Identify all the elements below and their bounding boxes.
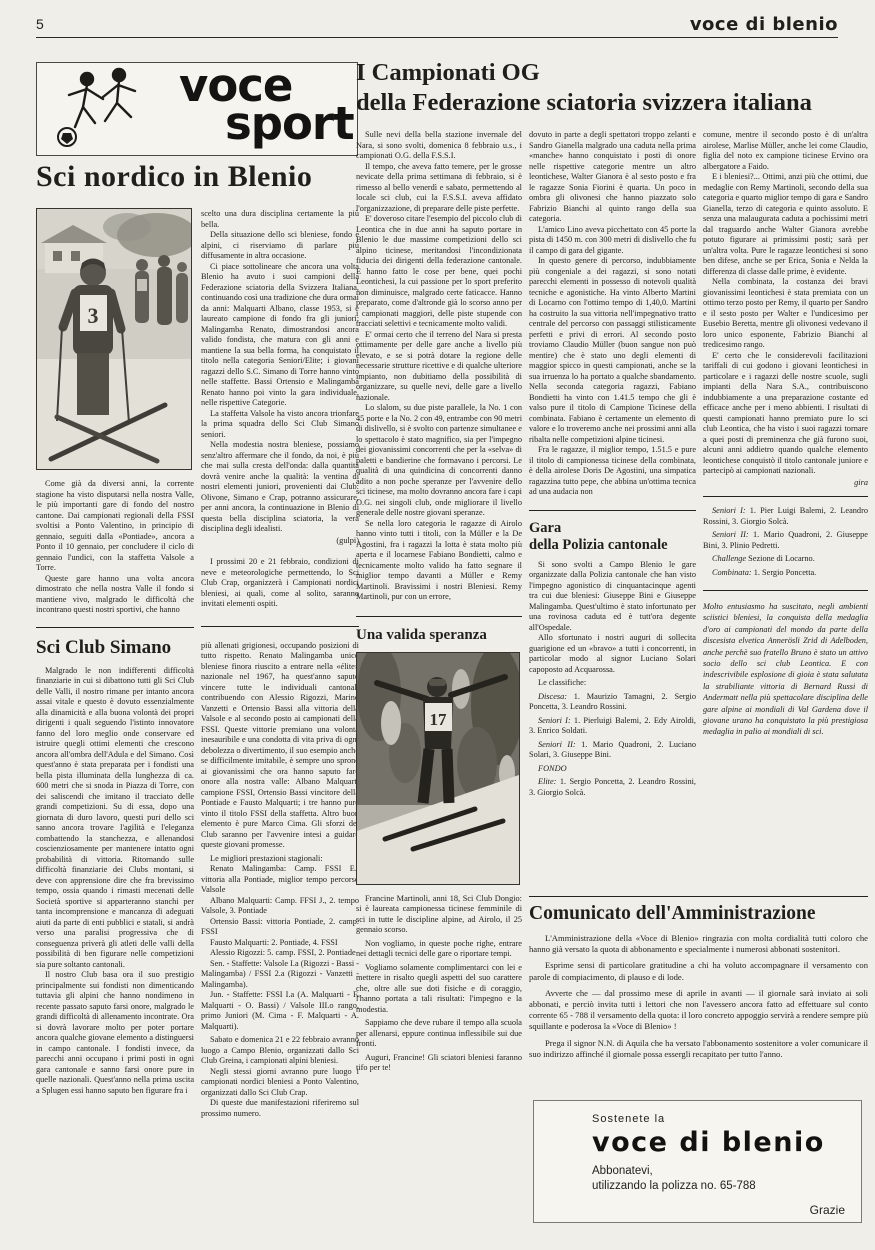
column-campionati-3: comune, mentre il secondo posto è di un'… — [703, 130, 868, 902]
result-line: Jun. - Staffette: FSSI I.a (A. Malquarti… — [201, 990, 359, 1032]
result-line: Discesa: 1. Maurizio Tamagni, 2. Sergio … — [529, 692, 696, 713]
paragraph: Il tempo, che aveva fatto temere, per le… — [356, 162, 522, 215]
paragraph: Sabato e domenica 21 e 22 febbraio avran… — [201, 1035, 359, 1067]
paragraph: La staffetta Valsole ha visto ancora tri… — [201, 409, 359, 441]
ad-thanks: Grazie — [592, 1203, 845, 1217]
paragraph: Esprime sensi di particolare gratitudine… — [529, 960, 868, 982]
ad-intro: Sostenete la — [592, 1113, 845, 1125]
photo-caption-paragraph: Francine Martinoli, anni 18, Sci Club Do… — [356, 894, 522, 936]
paragraph: L'Amministrazione della «Voce di Blenio»… — [529, 933, 868, 955]
paragraph: Si sono svolti a Campo Blenio le gare or… — [529, 560, 696, 634]
paragraph: Nella modestia nostra bleniese, possiamo… — [201, 440, 359, 535]
logo-word-sport: sport — [225, 97, 354, 150]
paragraph: Fra le ragazze, il miglior tempo, 1.51.5… — [529, 445, 696, 498]
paragraph: Come già da diversi anni, la corrente st… — [36, 479, 194, 574]
subscription-ad-box: Sostenete la voce di blenio Abbonatevi, … — [533, 1100, 862, 1223]
result-line: Sen. - Staffette: Valsole I.a (Rigozzi -… — [201, 959, 359, 991]
paragraph: Sulle nevi della bella stazione invernal… — [356, 130, 522, 162]
comunicato-section: Comunicato dell'Amministrazione L'Ammini… — [529, 896, 868, 1065]
section-rule — [36, 627, 194, 628]
author-signature: gira — [703, 478, 868, 489]
paragraph: Della situazione dello sci bleniese, fon… — [201, 230, 359, 262]
paragraph: Non vogliamo, in queste poche righe, ent… — [356, 939, 522, 960]
result-line: Elite: 1. Sergio Poncetta, 2. Leandro Ro… — [529, 777, 696, 798]
paragraph: Il nostro Club basa ora il suo prestigio… — [36, 970, 194, 1096]
author-signature: (gulpi) — [201, 536, 359, 547]
paragraph: Sappiamo che deve rubare il tempo alla s… — [356, 1018, 522, 1050]
column-sci-nordico-left: 3 Come già da diversi anni, la corrente … — [36, 208, 194, 1250]
headline-campionati-line2: della Federazione sciatoria svizzera ita… — [356, 88, 868, 118]
newspaper-page: 5 voce di blenio voce sport Sci nordico … — [0, 0, 875, 1250]
paragraph: Prega il signor N.N. di Aquila che ha ve… — [529, 1038, 868, 1060]
headline-campionati: I Campionati OG della Federazione sciato… — [356, 58, 868, 118]
column-campionati-2: dovuto in parte a degli spettatori tropp… — [529, 130, 696, 905]
ad-line-1: Abbonatevi, — [592, 1164, 845, 1179]
paragraph: Avverte che — dal prossimo mese di april… — [529, 988, 868, 1033]
result-line: Seniori I: 1. Pier Luigi Balemi, 2. Lean… — [703, 506, 868, 527]
section-rule — [356, 616, 522, 617]
section-rule — [703, 590, 868, 591]
headline-sci-nordico: Sci nordico in Blenio — [36, 160, 358, 194]
paragraph: Negli stessi giorni avranno pure luogo i… — [201, 1067, 359, 1099]
paragraph: Malgrado le non indifferenti difficoltà … — [36, 666, 194, 971]
paragraph: E i bleniesi?... Ottimi, anzi più che ot… — [703, 172, 868, 277]
headline-sci-club-simano: Sci Club Simano — [36, 637, 194, 659]
paragraph: scelto una dura disciplina certamente la… — [201, 209, 359, 230]
paragraph: Lo slalom, su due piste parallele, la No… — [356, 403, 522, 519]
headline-campionati-line1: I Campionati OG — [356, 58, 868, 88]
paragraph: Queste gare hanno una volta ancora dimos… — [36, 574, 194, 616]
column-sci-nordico-right: scelto una dura disciplina certamente la… — [201, 209, 359, 1250]
entusiasmo-note: Molto entusiasmo ha suscitato, negli amb… — [703, 601, 868, 738]
paragraph: Le migliori prestazioni stagionali: — [201, 854, 359, 865]
section-rule — [201, 626, 359, 627]
page-number: 5 — [36, 16, 44, 32]
result-line: Challenge Sezione di Locarno. — [703, 554, 868, 565]
result-line: Seniori II: 1. Mario Quadroni, 2. Lucian… — [529, 740, 696, 761]
paragraph: Auguri, Francine! Gli sciatori bleniesi … — [356, 1053, 522, 1074]
result-line: Seniori I: 1. Pierluigi Balemi, 2. Edy A… — [529, 716, 696, 737]
headline-comunicato: Comunicato dell'Amministrazione — [529, 903, 868, 925]
header-rule — [36, 37, 838, 38]
headline-valida-speranza: Una valida speranza — [356, 627, 522, 644]
masthead: voce di blenio — [690, 14, 838, 35]
section-rule — [703, 496, 868, 497]
result-line: Seniori II: 1. Mario Quadroni, 2. Giusep… — [703, 530, 868, 551]
ad-brand: voce di blenio — [592, 1127, 845, 1158]
paragraph: L'amico Lino aveva picchettato con 45 po… — [529, 225, 696, 257]
classifiche-label: Le classifiche: — [529, 678, 696, 689]
paragraph: più allenati grigionesi, occupando posiz… — [201, 641, 359, 851]
result-line: Fausto Malquarti: 2. Pontiade, 4. FSSI — [201, 938, 359, 949]
headline-gara-polizia: Gara della Polizia cantonale — [529, 520, 696, 554]
voce-sport-logo-box: voce sport — [36, 62, 358, 156]
paragraph: Nella combinata, la costanza dei bravi g… — [703, 277, 868, 351]
paragraph: dovuto in parte a degli spettatori tropp… — [529, 130, 696, 225]
paragraph: comune, mentre il secondo posto è di un'… — [703, 130, 868, 172]
result-line: Albano Malquarti: Camp. FFSI J., 2. temp… — [201, 896, 359, 917]
paragraph: Di queste due manifestazioni riferiremo … — [201, 1098, 359, 1119]
paragraph: E' doveroso citare l'esempio del piccolo… — [356, 214, 522, 330]
ad-line-2: utilizzando la polizza no. 65-788 — [592, 1179, 845, 1194]
section-rule — [529, 510, 696, 511]
soccer-players-icon — [45, 65, 165, 153]
headline-gara-line1: Gara — [529, 520, 696, 537]
result-line: Alessio Rigozzi: 5. camp. FSSI, 2. Ponti… — [201, 948, 359, 959]
paragraph: Ci piace sottolineare che ancora una vol… — [201, 262, 359, 409]
paragraph: Allo sfortunato i nostri auguri di solle… — [529, 633, 696, 675]
result-line: Combinata: 1. Sergio Poncetta. — [703, 568, 868, 579]
fondo-label: FONDO — [529, 764, 696, 775]
alpine-skier-photo: 17 — [356, 652, 520, 885]
nordic-skier-photo: 3 — [36, 208, 192, 470]
result-line: Renato Malingamba: Camp. FSSI E., vittor… — [201, 864, 359, 896]
paragraph: Vogliamo solamente complimentarci con le… — [356, 963, 522, 1016]
result-line: Ortensio Bassi: vittoria Pontiade, 2. ca… — [201, 917, 359, 938]
headline-gara-line2: della Polizia cantonale — [529, 537, 696, 554]
column-campionati-1: Sulle nevi della bella stazione invernal… — [356, 130, 522, 1250]
paragraph: E' ormai certo che il terreno del Nara s… — [356, 330, 522, 404]
paragraph: I prossimi 20 e 21 febbraio, condizioni … — [201, 557, 359, 610]
paragraph: In questo genere di percorso, indubbiame… — [529, 256, 696, 445]
section-rule — [529, 896, 868, 897]
paragraph: Se nella loro categoria le ragazze di Ai… — [356, 519, 522, 603]
paragraph: E' certo che le considerevoli facilitazi… — [703, 351, 868, 477]
